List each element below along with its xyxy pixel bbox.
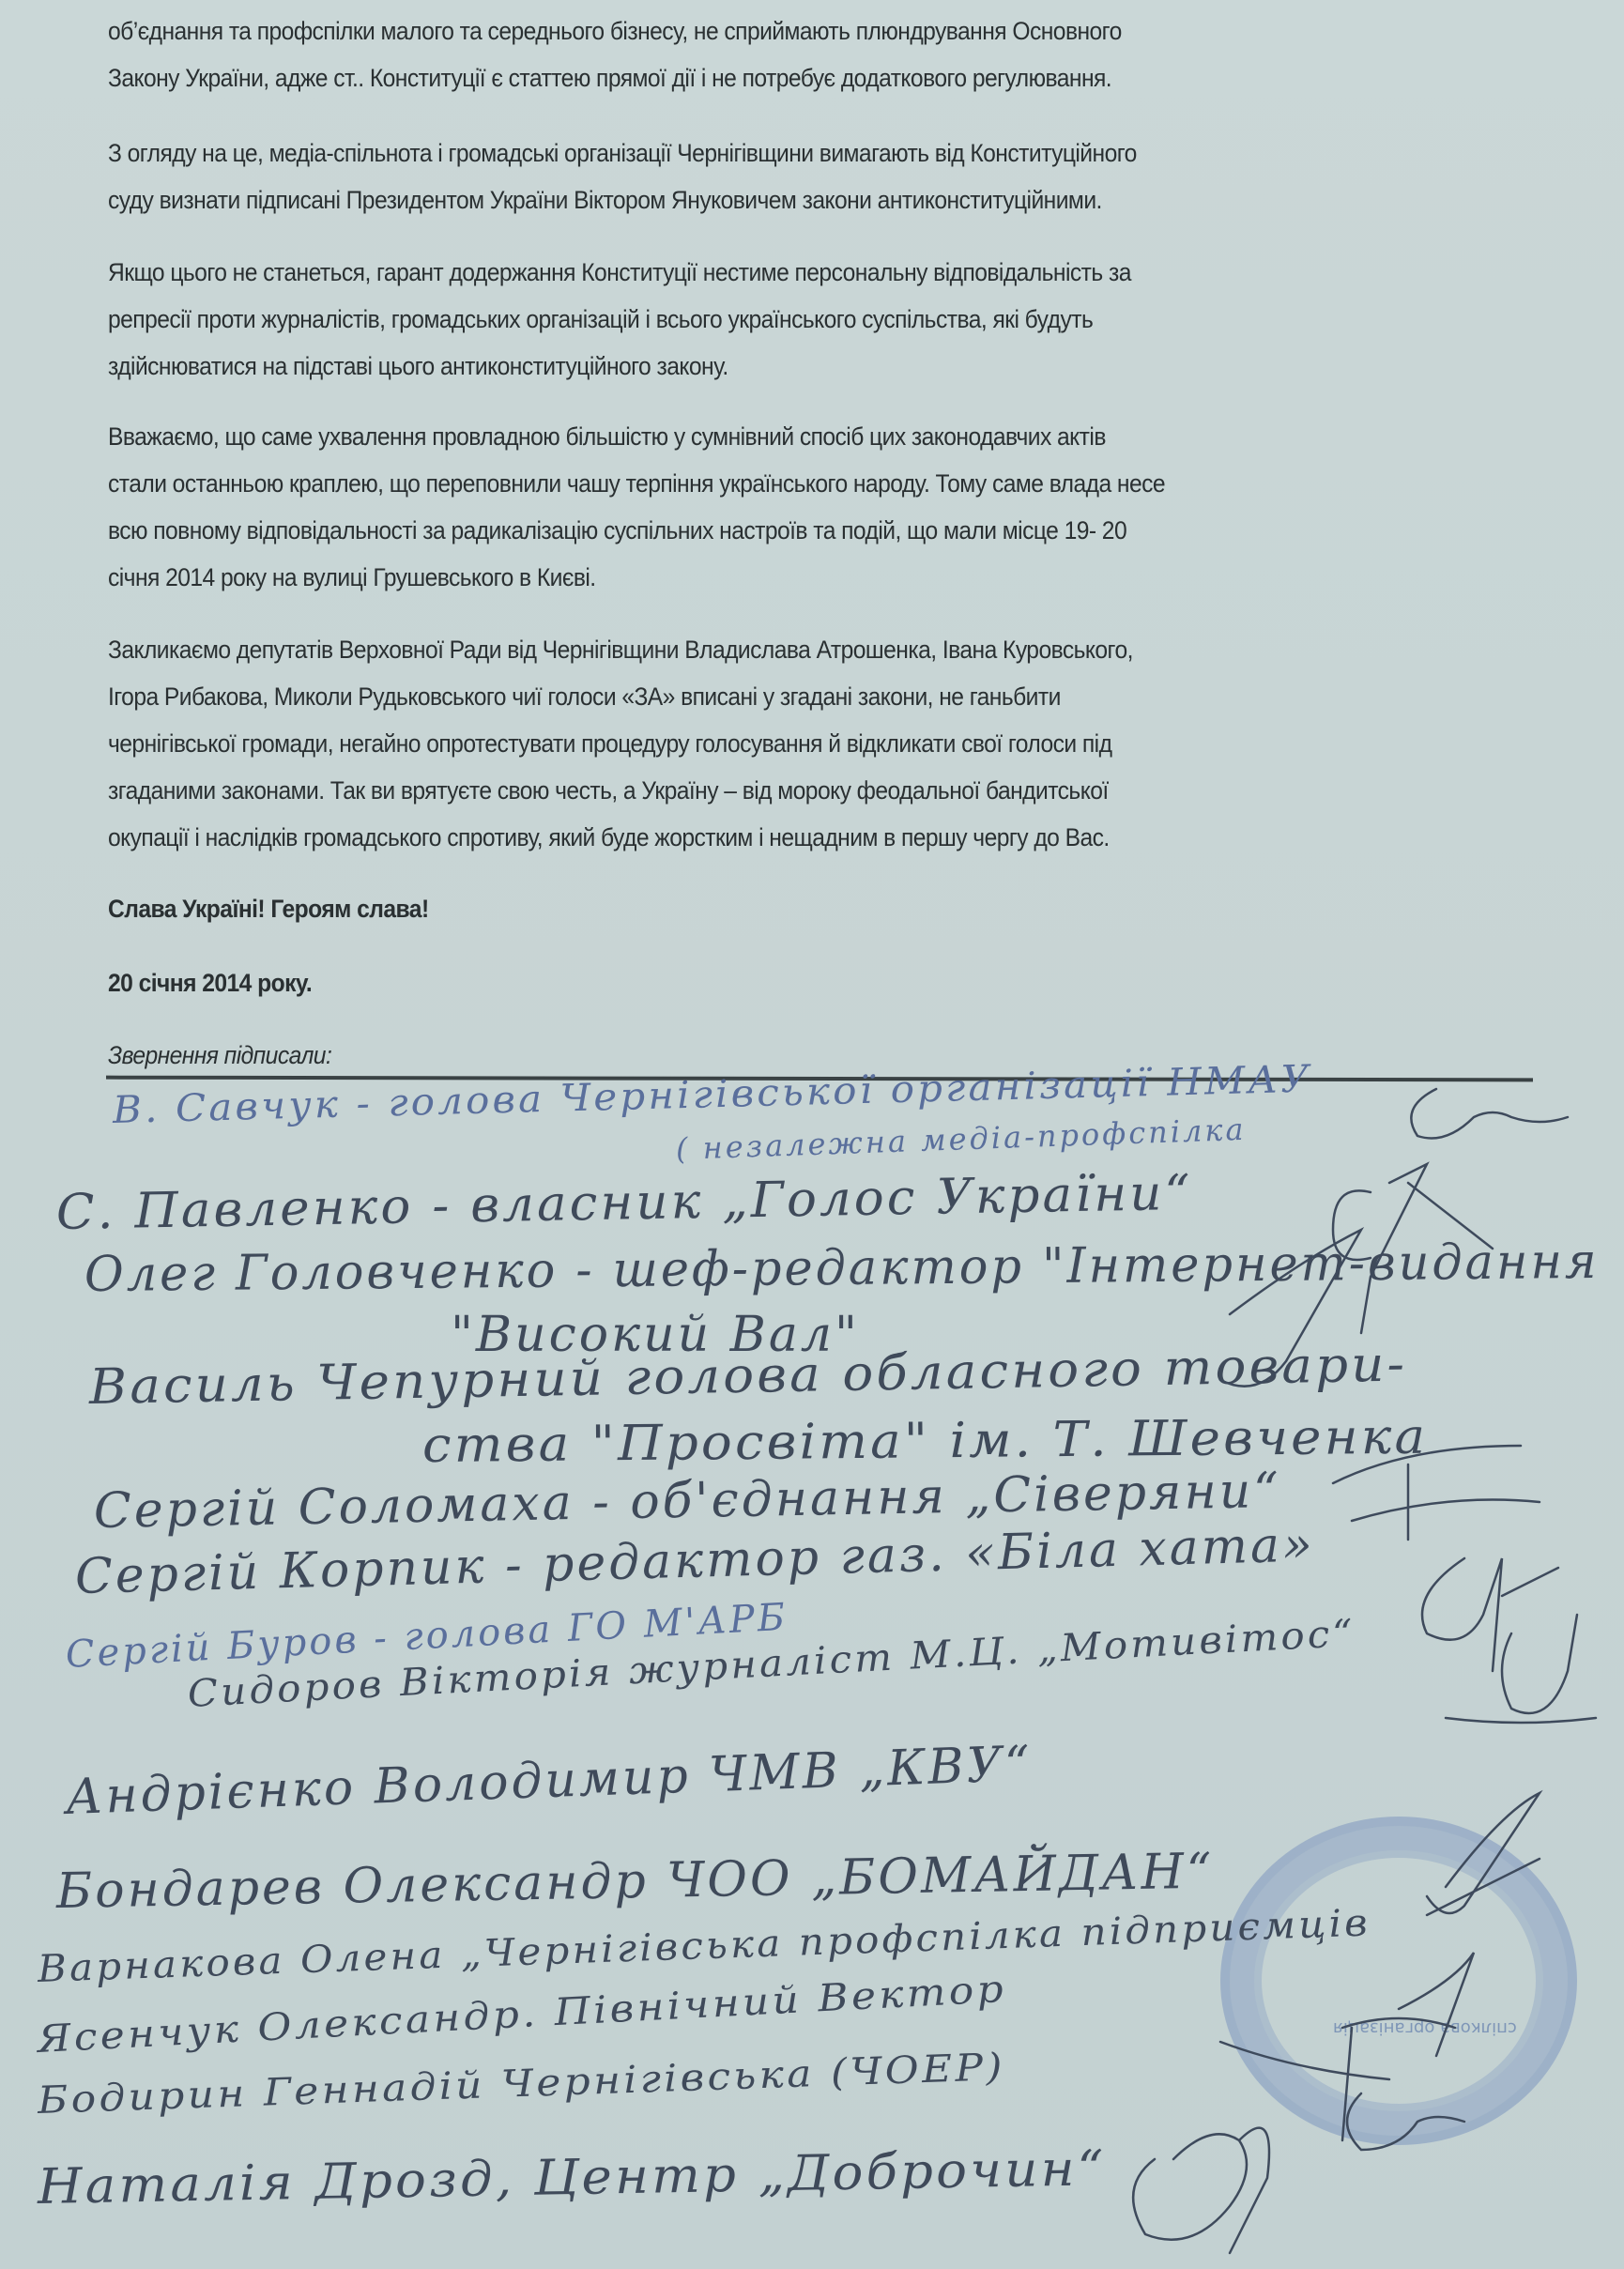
autograph-7 — [1427, 1793, 1540, 1915]
autograph-10 — [1347, 2093, 1464, 2150]
scanned-document-page: об’єднання та профспілки малого та серед… — [0, 0, 1624, 2269]
autograph-11 — [1133, 2128, 1269, 2253]
autograph-6 — [1446, 1615, 1596, 1723]
autograph-1 — [1411, 1089, 1568, 1139]
autograph-2 — [1333, 1164, 1493, 1333]
autograph-9 — [1220, 2028, 1389, 2140]
autograph-5 — [1422, 1558, 1558, 1671]
autograph-8 — [1342, 1953, 1474, 2056]
autograph-scribbles — [0, 0, 1624, 2269]
autograph-4 — [1333, 1446, 1540, 1540]
